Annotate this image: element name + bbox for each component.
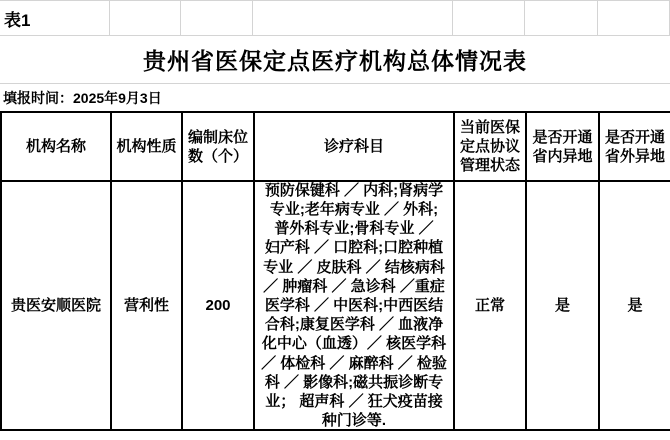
institutions-table: 机构名称 机构性质 编制床位 数（个） 诊疗科目 当前医保 定点协议 管理状态 … [0,111,670,431]
table-header-row: 机构名称 机构性质 编制床位 数（个） 诊疗科目 当前医保 定点协议 管理状态 … [1,112,670,181]
spreadsheet-view: 表1 贵州省医保定点医疗机构总体情况表 填报时间：2025年9月3日 机构名称 … [0,0,670,440]
cell-out-province-remote[interactable]: 是 [599,181,670,430]
sheet-title[interactable]: 贵州省医保定点医疗机构总体情况表 [0,36,670,84]
empty-cell[interactable] [525,1,598,35]
cell-in-province-remote[interactable]: 是 [526,181,599,430]
cell-bed-count[interactable]: 200 [182,181,254,430]
empty-cell[interactable] [181,1,253,35]
empty-cell[interactable] [598,1,670,35]
table-row: 贵医安顺医院 营利性 200 预防保键科 ／ 内科;肾病学 专业;老年病专业 ／… [1,181,670,430]
empty-cell[interactable] [453,1,525,35]
report-date-cell[interactable]: 填报时间：2025年9月3日 [0,84,670,111]
header-org-type[interactable]: 机构性质 [111,112,182,181]
header-out-province-remote[interactable]: 是否开通 省外异地 [599,112,670,181]
empty-cell[interactable] [253,1,453,35]
header-bed-count[interactable]: 编制床位 数（个） [182,112,254,181]
cell-org-name[interactable]: 贵医安顺医院 [1,181,111,430]
departments-text: 预防保键科 ／ 内科;肾病学 专业;老年病专业 ／ 外科; 普外科专业;骨科专业… [255,182,453,429]
cell-departments[interactable]: 预防保键科 ／ 内科;肾病学 专业;老年病专业 ／ 外科; 普外科专业;骨科专业… [254,181,454,430]
header-departments[interactable]: 诊疗科目 [254,112,454,181]
header-org-name[interactable]: 机构名称 [1,112,111,181]
cell-agreement-status[interactable]: 正常 [454,181,526,430]
cell-org-type[interactable]: 营利性 [111,181,182,430]
header-agreement-status[interactable]: 当前医保 定点协议 管理状态 [454,112,526,181]
header-in-province-remote[interactable]: 是否开通 省内异地 [526,112,599,181]
corner-label-cell[interactable]: 表1 [0,1,110,35]
empty-cell[interactable] [110,1,181,35]
sheet-top-row: 表1 [0,0,670,36]
